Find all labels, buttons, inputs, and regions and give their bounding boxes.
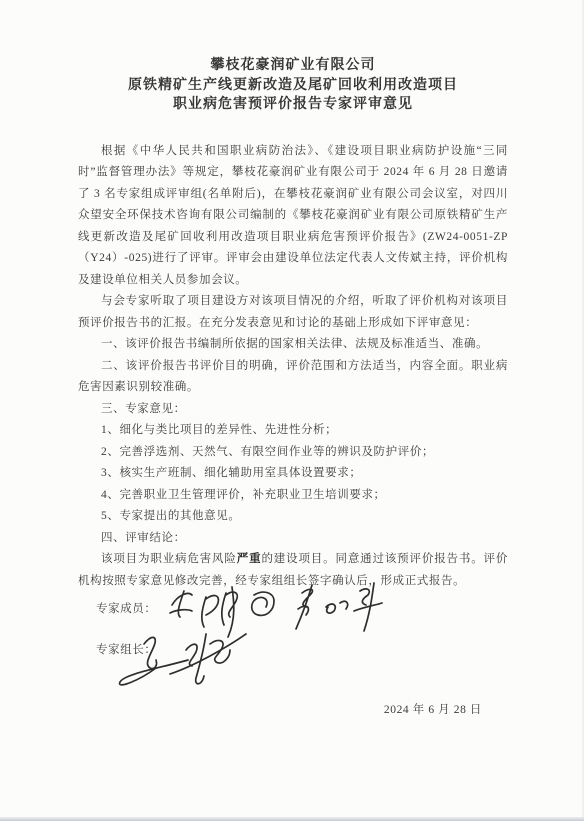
company-name: 攀枝花豪润矿业有限公司 (78, 56, 508, 76)
expert-suggestion-4: 4、完善职业卫生管理评价，补充职业卫生培训要求； (78, 485, 508, 507)
signature-stroke (170, 634, 246, 674)
opinion-item-2: 二、该评价报告书评价目的明确，评价范围和方法适当，内容全面。职业病危害因素识别较… (78, 356, 508, 399)
review-date: 2024 年 6 月 28 日 (78, 700, 508, 722)
expert-leader-signature (110, 628, 260, 700)
signature-stroke (202, 596, 219, 627)
opinion-item-1: 一、该评价报告书编制所依据的国家相关法律、法规及标准适当、准确。 (78, 334, 508, 356)
scanned-document-page: 攀枝花豪润矿业有限公司 原铁精矿生产线更新改造及尾矿回收利用改造项目 职业病危害… (0, 0, 584, 821)
paragraph-review-basis: 根据《中华人民共和国职业病防治法》、《建设项目职业病防护设施“三同时”监督管理办… (78, 141, 508, 292)
expert-suggestion-2: 2、完善浮选剂、天然气、有限空间作业等的辨识及防护评价； (78, 442, 508, 464)
document-title: 攀枝花豪润矿业有限公司 原铁精矿生产线更新改造及尾矿回收利用改造项目 职业病危害… (78, 56, 508, 115)
signature-stroke (326, 601, 348, 613)
conclusion-emphasis: 严重 (237, 553, 262, 565)
project-name: 原铁精矿生产线更新改造及尾矿回收利用改造项目 (78, 76, 508, 96)
signature-stroke (354, 583, 382, 631)
expert-suggestion-1: 1、细化与类比项目的差异性、先进性分析； (78, 420, 508, 442)
conclusion-text-pre: 该项目为职业病危害风险 (101, 553, 237, 565)
conclusion-heading: 四、评审结论： (78, 528, 508, 550)
expert-members-label: 专家成员： (96, 599, 157, 621)
signature-stroke (296, 585, 312, 629)
opinion-item-3-heading: 三、专家意见： (78, 399, 508, 421)
signature-stroke (120, 660, 188, 685)
document-type: 职业病危害预评价报告专家评审意见 (78, 95, 508, 115)
signature-stroke (144, 637, 157, 668)
expert-member-signature-2 (288, 579, 388, 637)
signature-stroke (170, 591, 192, 617)
expert-suggestion-3: 3、核实生产班制、细化辅助用室具体设置要求； (78, 463, 508, 485)
document-content: 攀枝花豪润矿业有限公司 原铁精矿生产线更新改造及尾矿回收利用改造项目 职业病危害… (0, 0, 584, 722)
signature-stroke (186, 634, 230, 684)
expert-leader-signature-row: 专家组长： (78, 640, 508, 690)
signature-stroke (252, 592, 274, 615)
paragraph-meeting-summary: 与会专家听取了项目建设方对该项目情况的介绍，听取了评价机构对该项目预评价报告书的… (78, 291, 508, 334)
expert-suggestion-5: 5、专家提出的其他意见。 (78, 506, 508, 528)
